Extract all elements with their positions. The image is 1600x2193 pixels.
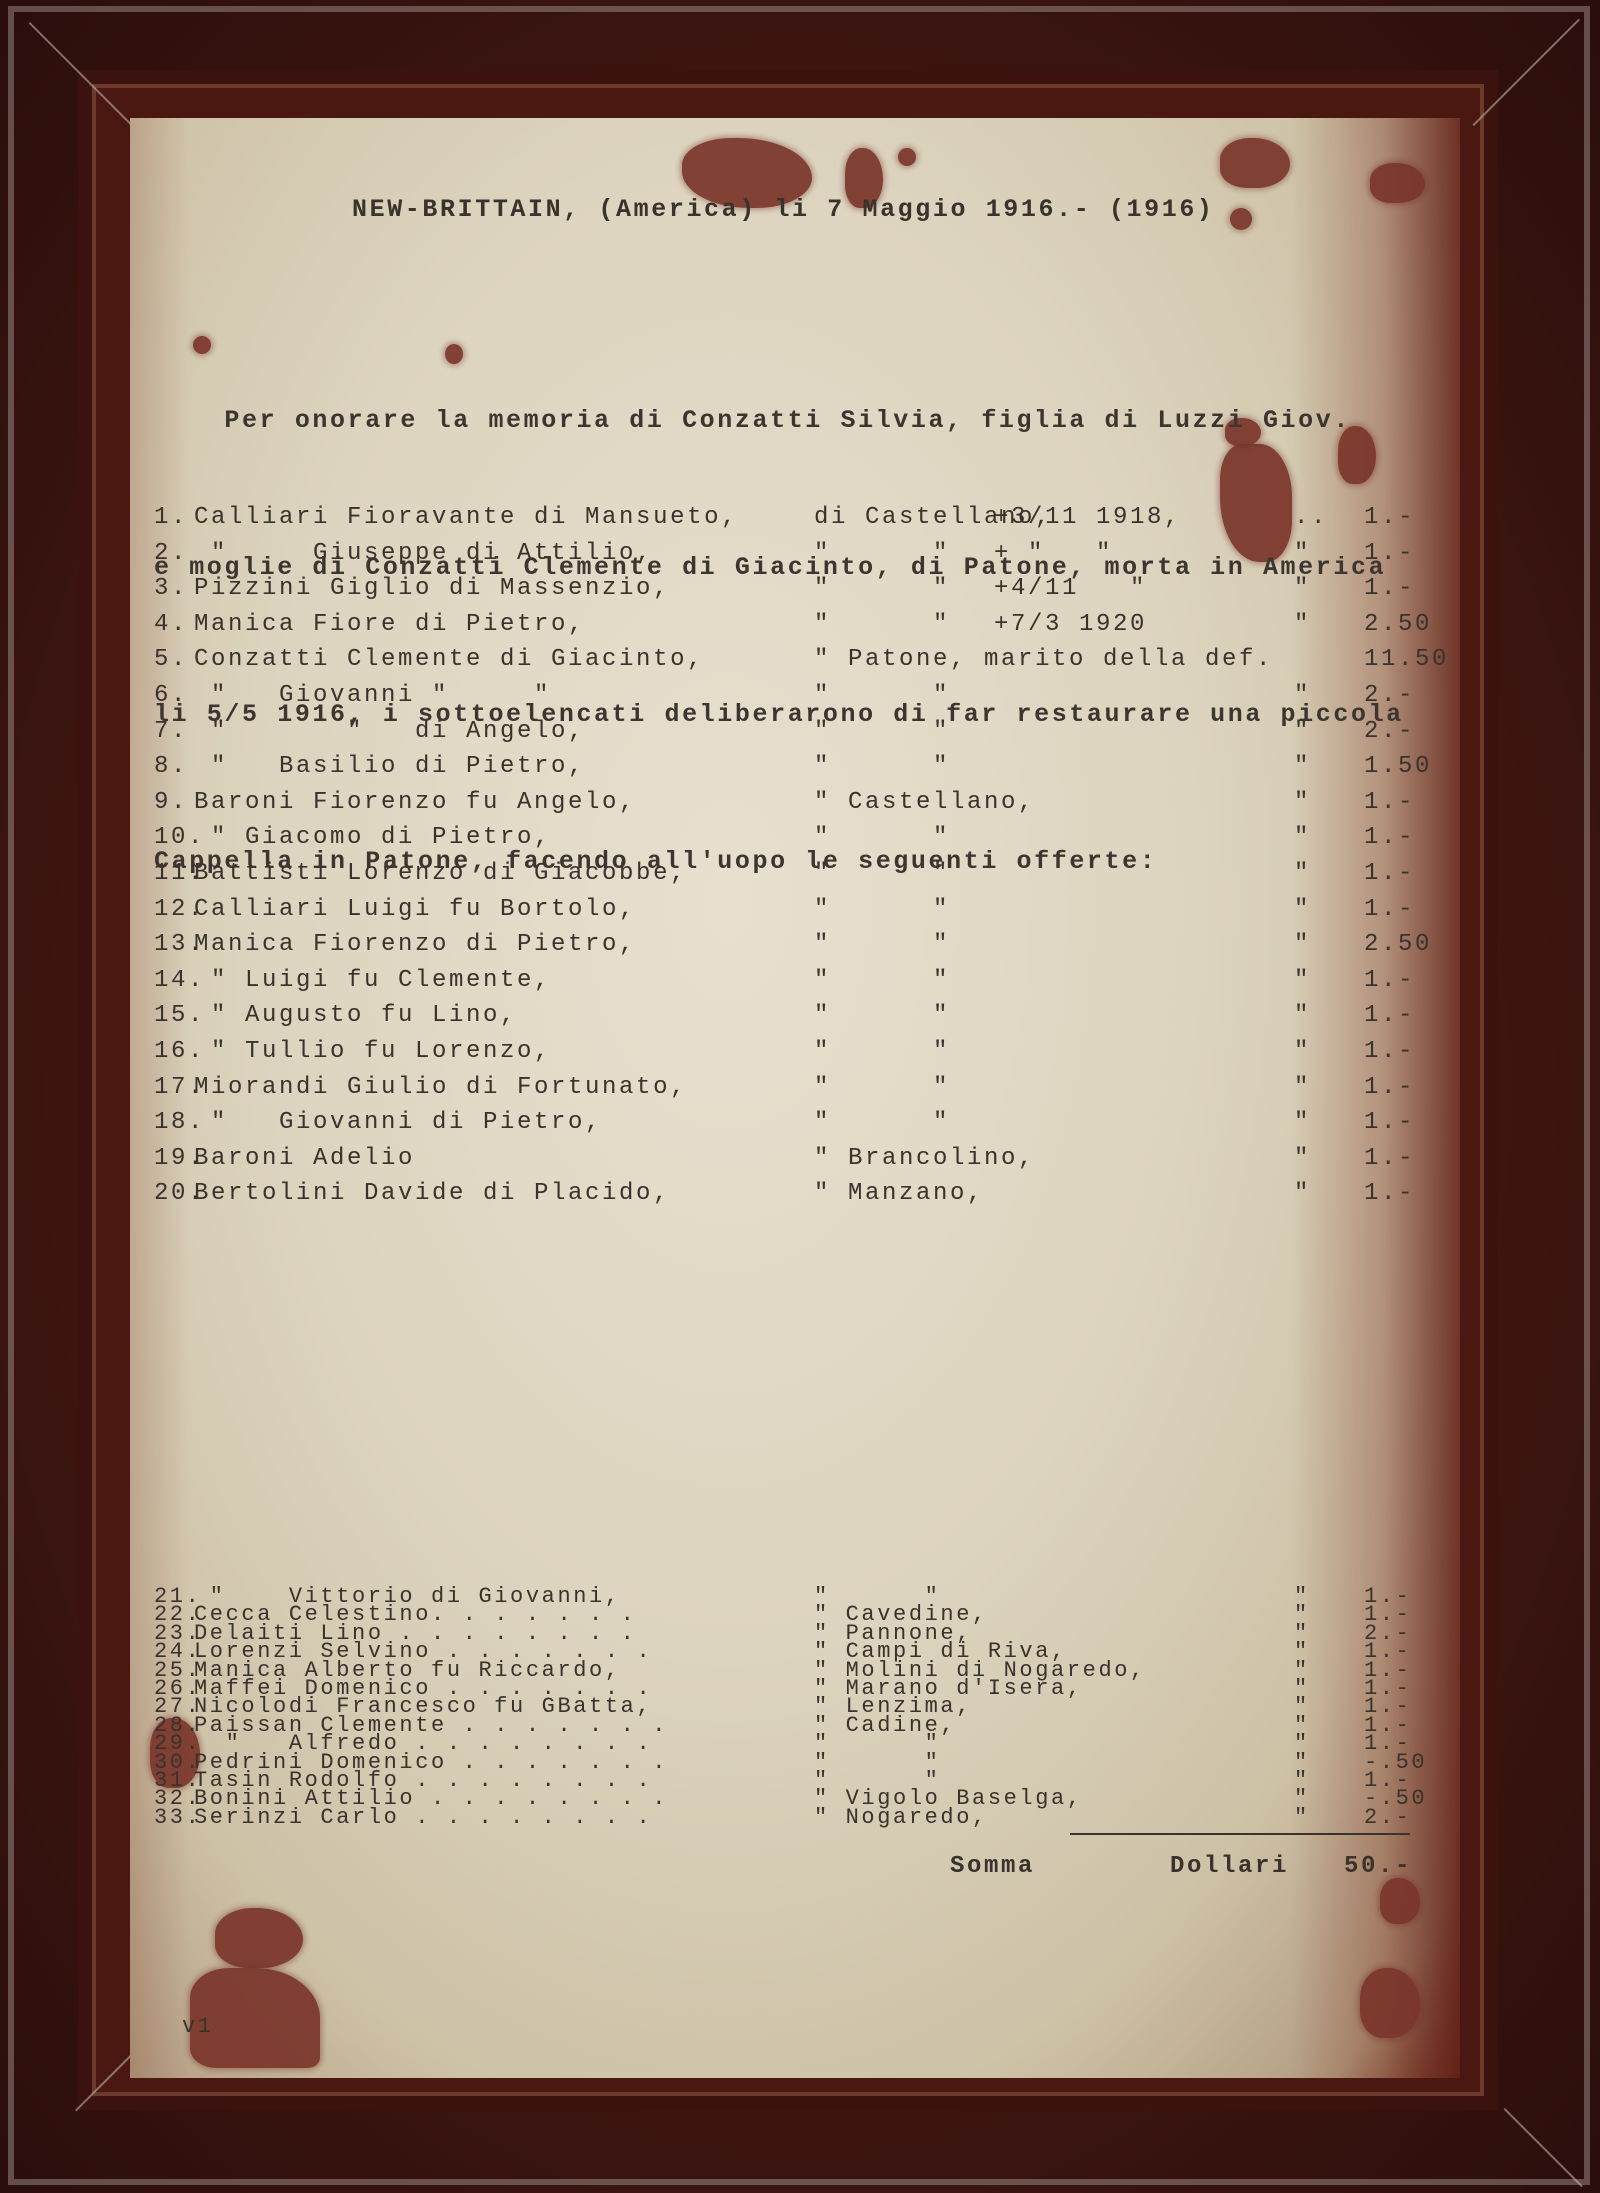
entry-number: 7. (154, 718, 188, 745)
donor-name: Conzatti Clemente di Giacinto, (194, 646, 704, 673)
donor-name: " Basilio di Pietro, (194, 753, 585, 780)
intro-line: Per onorare la memoria di Conzatti Silvi… (154, 396, 1404, 445)
death-note: +3/11 1918, (994, 504, 1181, 531)
donation-amount: 1.- (1364, 860, 1415, 887)
donor-name: Manica Fiorenzo di Pietro, (194, 931, 636, 958)
donor-place: " Brancolino, (814, 1145, 1035, 1172)
ditto-mark: " (1294, 1805, 1310, 1830)
document-paper: NEW-BRITTAIN, (America) li 7 Maggio 1916… (130, 118, 1460, 2078)
donation-amount: 1.- (1364, 789, 1415, 816)
donor-place: " " (814, 860, 950, 887)
donor-place: " " (814, 682, 950, 709)
donation-amount: 2.50 (1364, 931, 1432, 958)
ditto-mark: " (1294, 967, 1311, 994)
donor-name: Battisti Lorenzo di Giacobbe, (194, 860, 687, 887)
donor-place: " " (814, 1074, 950, 1101)
donation-amount: 1.- (1364, 824, 1415, 851)
death-note: +7/3 1920 (994, 611, 1147, 638)
donor-place: " " (814, 575, 950, 602)
donation-amount: 1.- (1364, 575, 1415, 602)
donor-place: " " (814, 967, 950, 994)
ditto-mark: " (1294, 611, 1311, 638)
donation-amount: 2.50 (1364, 611, 1432, 638)
donor-name: Calliari Luigi fu Bortolo, (194, 896, 636, 923)
donation-amount: 1.- (1364, 1145, 1415, 1172)
donor-name: " Giovanni " " (194, 682, 551, 709)
donor-place: " " (814, 931, 950, 958)
donor-name: " Giacomo di Pietro, (194, 824, 551, 851)
donation-amount: 2.- (1364, 1805, 1411, 1830)
total-currency: Dollari (1170, 1853, 1289, 1880)
donation-amount: 1.- (1364, 540, 1415, 567)
donor-name: Baroni Adelio (194, 1145, 415, 1172)
entry-number: 9. (154, 789, 188, 816)
ditto-mark: " (1294, 540, 1311, 567)
entry-number: 6. (154, 682, 188, 709)
donation-amount: 1.- (1364, 1038, 1415, 1065)
donation-amount: 2.- (1364, 682, 1415, 709)
donor-place: " " (814, 753, 950, 780)
donor-name: " Tullio fu Lorenzo, (194, 1038, 551, 1065)
donation-amount: 1.- (1364, 896, 1415, 923)
donor-place: " Patone, marito della def. (814, 646, 1273, 673)
corner-mark: v1 (182, 2014, 214, 2039)
ditto-mark: " (1294, 860, 1311, 887)
frame-miter-bottom-right (1504, 2108, 1583, 2187)
ditto-mark: " (1294, 753, 1311, 780)
donation-amount: 1.- (1364, 1180, 1415, 1207)
donor-place: " " (814, 540, 950, 567)
typewritten-text: NEW-BRITTAIN, (America) li 7 Maggio 1916… (130, 118, 1460, 2078)
ditto-mark: " (1294, 718, 1311, 745)
document-header: NEW-BRITTAIN, (America) li 7 Maggio 1916… (352, 195, 1215, 224)
ditto-mark: " (1294, 1109, 1311, 1136)
ditto-mark: " (1294, 789, 1311, 816)
donation-amount: 11.50 (1364, 646, 1449, 673)
donor-name: " Augusto fu Lino, (194, 1002, 517, 1029)
donor-name: " " di Angelo, (194, 718, 585, 745)
ditto-mark: " (1294, 1038, 1311, 1065)
ditto-mark: " (1294, 682, 1311, 709)
donor-name: " Giovanni di Pietro, (194, 1109, 602, 1136)
death-note: + " " (994, 540, 1113, 567)
donation-amount: 1.- (1364, 1074, 1415, 1101)
donation-amount: 2.- (1364, 718, 1415, 745)
donation-amount: 1.- (1364, 1002, 1415, 1029)
donor-place: " " (814, 896, 950, 923)
ditto-mark: " (1294, 896, 1311, 923)
donor-place: " " (814, 824, 950, 851)
ditto-mark: " (1294, 1145, 1311, 1172)
donor-name: " Giuseppe di Attilio, (194, 540, 653, 567)
donor-place: " " (814, 1038, 950, 1065)
donor-name: Pizzini Giglio di Massenzio, (194, 575, 670, 602)
entry-number: 1. (154, 504, 188, 531)
entry-number: 2. (154, 540, 188, 567)
donation-amount: 1.- (1364, 504, 1415, 531)
ditto-mark: .. (1294, 504, 1328, 531)
donor-name: Calliari Fioravante di Mansueto, (194, 504, 738, 531)
donor-place: " " (814, 718, 950, 745)
total-amount: 50.- (1344, 1853, 1412, 1880)
donor-place: " Castellano, (814, 789, 1035, 816)
donor-name: Miorandi Giulio di Fortunato, (194, 1074, 687, 1101)
ditto-mark: " (1294, 1074, 1311, 1101)
picture-frame: NEW-BRITTAIN, (America) li 7 Maggio 1916… (0, 0, 1600, 2193)
total-rule (1070, 1833, 1410, 1835)
donor-place: " " (814, 611, 950, 638)
donor-name: Manica Fiore di Pietro, (194, 611, 585, 638)
donor-name: Serinzi Carlo . . . . . . . . (194, 1805, 652, 1830)
donation-amount: 1.50 (1364, 753, 1432, 780)
entry-number: 4. (154, 611, 188, 638)
entry-number: 8. (154, 753, 188, 780)
entry-number: 3. (154, 575, 188, 602)
ditto-mark: " (1294, 1002, 1311, 1029)
ditto-mark: " (1294, 824, 1311, 851)
ditto-mark: " (1294, 575, 1311, 602)
donor-name: Bertolini Davide di Placido, (194, 1180, 670, 1207)
total-label: Somma (950, 1853, 1035, 1880)
donor-name: " Luigi fu Clemente, (194, 967, 551, 994)
donor-name: Baroni Fiorenzo fu Angelo, (194, 789, 636, 816)
entry-number: 5. (154, 646, 188, 673)
donor-place: " Nogaredo, (814, 1805, 988, 1830)
donation-amount: 1.- (1364, 1109, 1415, 1136)
ditto-mark: " (1294, 1180, 1311, 1207)
donor-place: " Manzano, (814, 1180, 984, 1207)
donation-amount: 1.- (1364, 967, 1415, 994)
death-note: +4/11 " (994, 575, 1147, 602)
donor-place: " " (814, 1109, 950, 1136)
donor-place: " " (814, 1002, 950, 1029)
ditto-mark: " (1294, 931, 1311, 958)
